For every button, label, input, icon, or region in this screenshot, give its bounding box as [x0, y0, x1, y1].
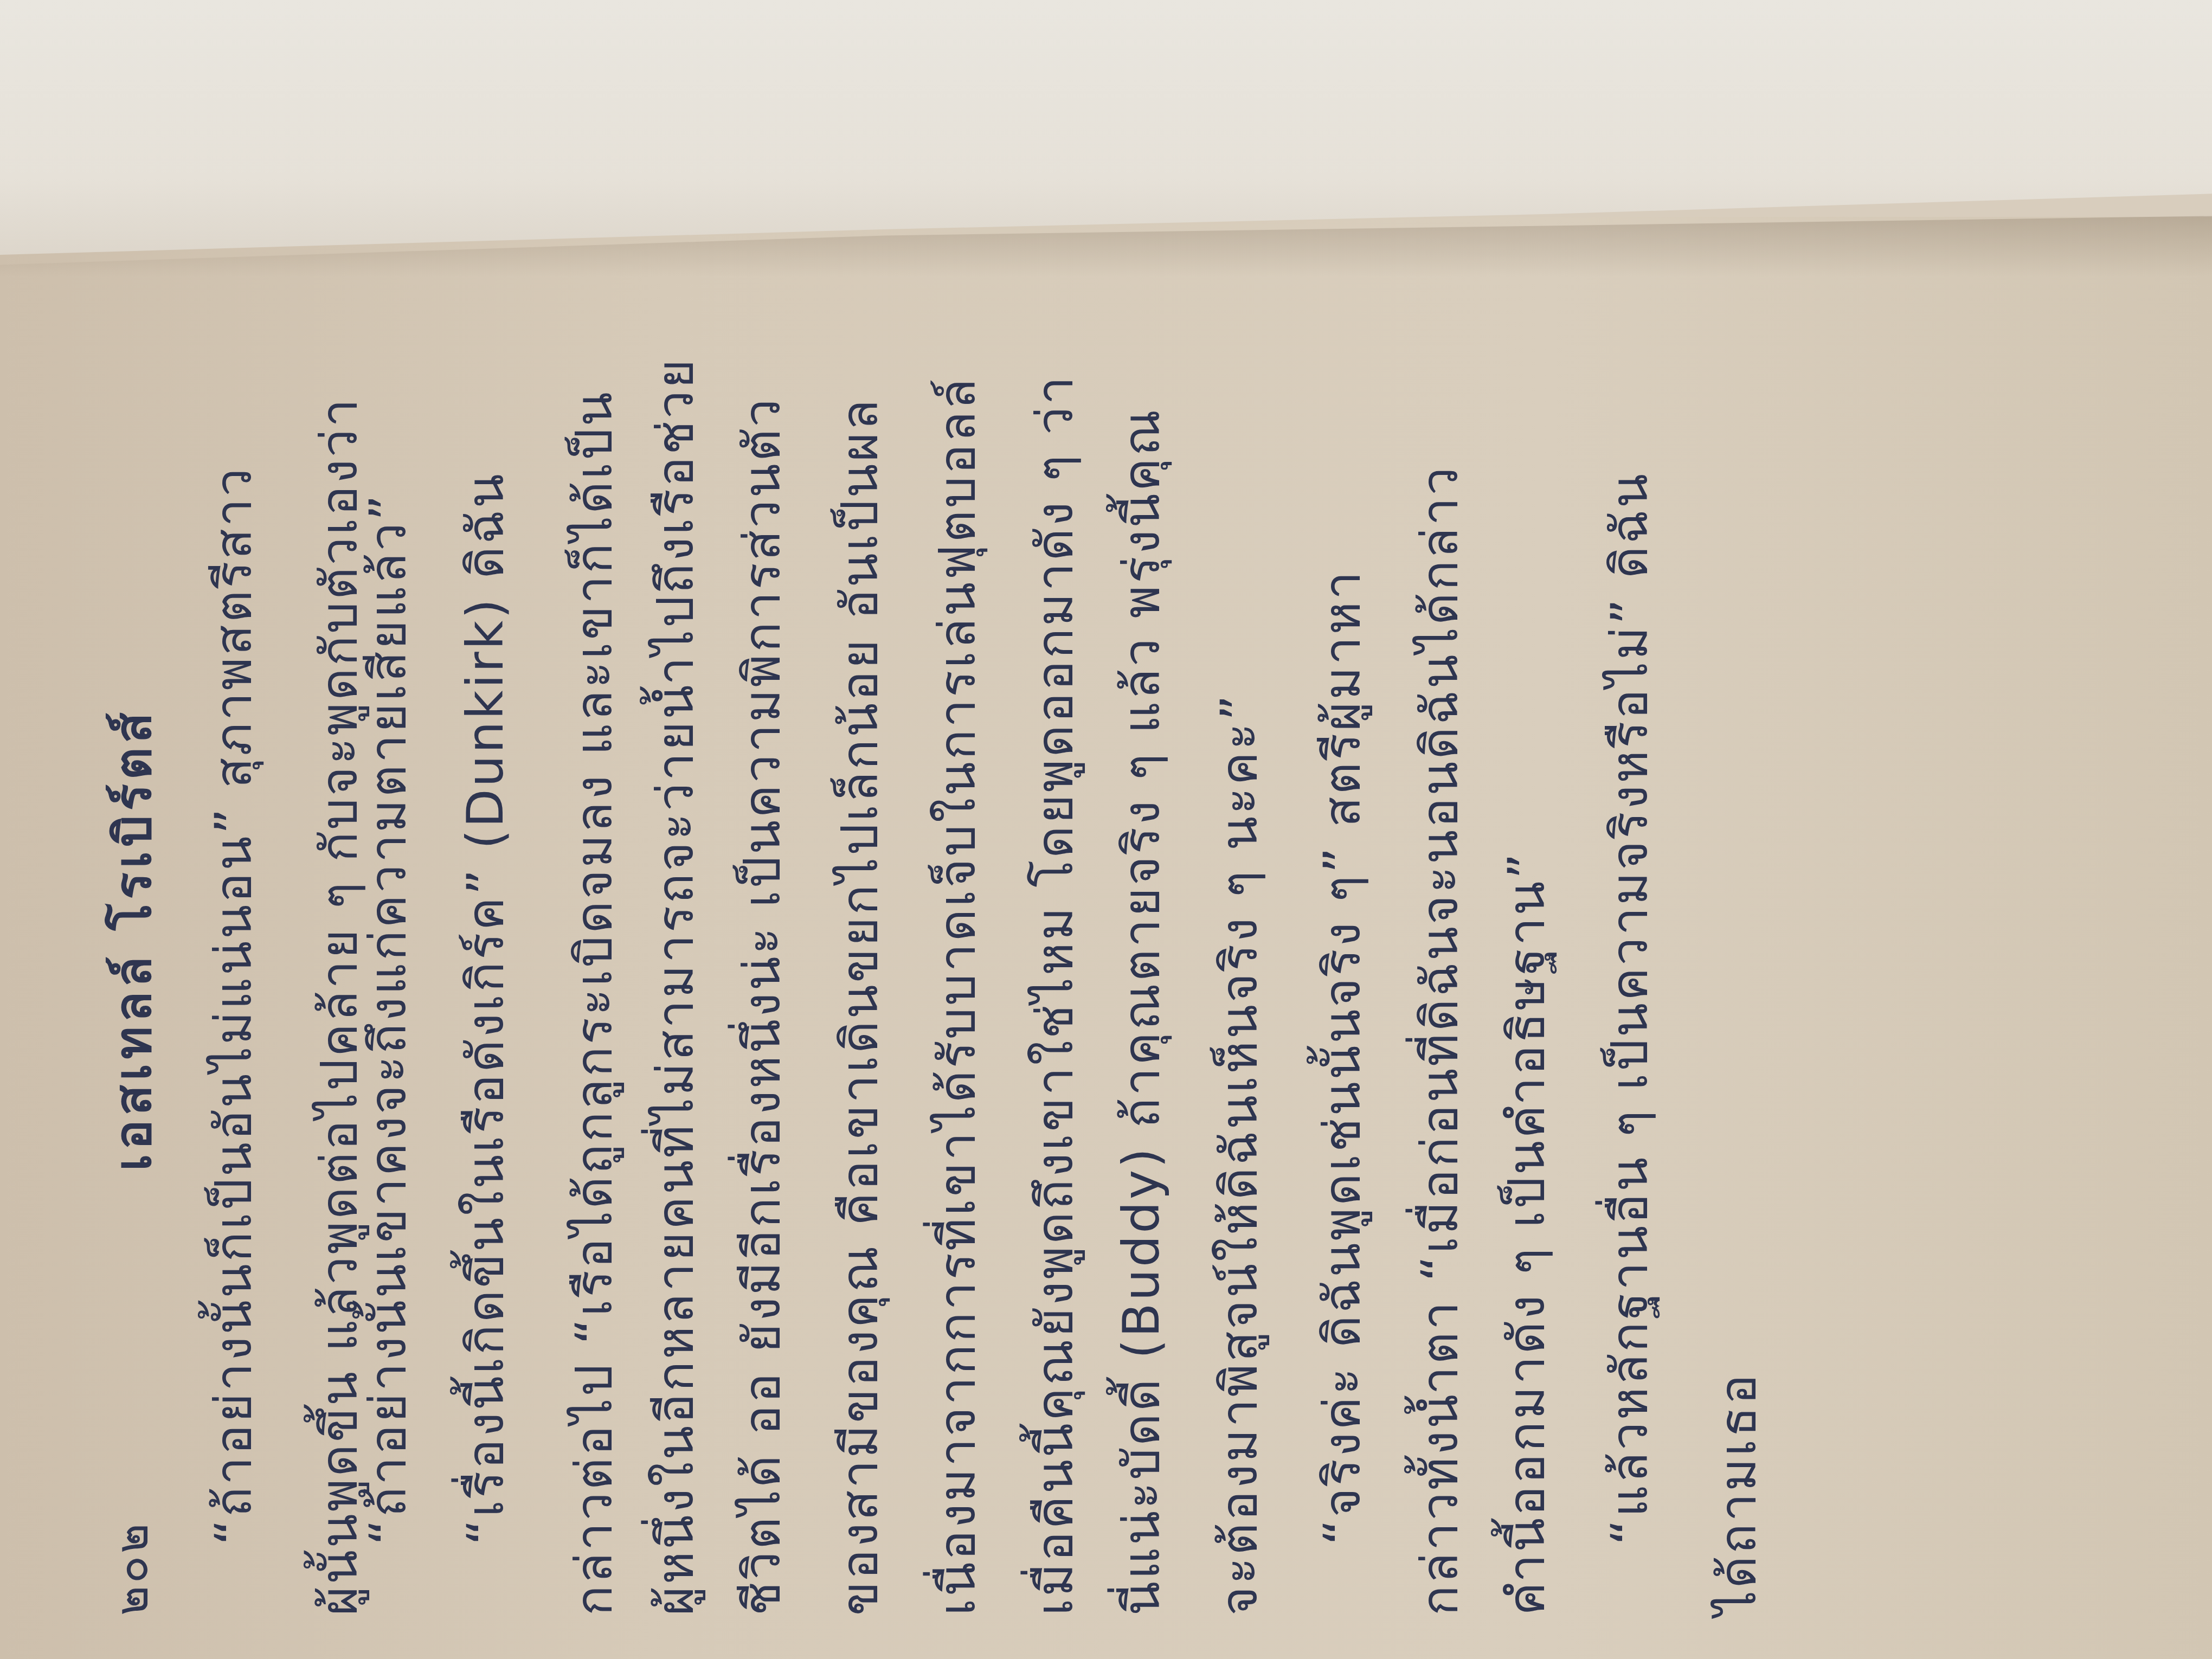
text-line: “ถ้าอย่างนั้นเขาคงจะถึงแก่ความตายเสียแล้… [363, 493, 413, 1545]
text-line: กล่าวต่อไป “เรือได้ถูกลูกระเบิดจมลง และเ… [569, 390, 619, 1616]
text-line: เนื่องมาจากการที่เขาได้รับบาดเจ็บในการเล… [933, 377, 982, 1616]
text-line: “จริงค่ะ ดิฉันพูดเช่นนั้นจริง ๆ” สตรีผู้… [1317, 569, 1367, 1545]
running-head: เอสเทลล์ โรเบิร์ตส์ [108, 708, 158, 1171]
page-number: ๒๐๒ [108, 1521, 154, 1616]
text-line: “เรื่องนี้เกิดขึ้นในเรือดังเกิร์ค” (Dunk… [461, 472, 511, 1545]
text-line: ของสามีของคุณ คือเขาเดินขยกไปเล็กน้อย อั… [835, 397, 885, 1616]
text-line: “แล้วหลักฐานอื่น ๆ เป็นความจริงหรือไม่” … [1605, 472, 1655, 1545]
text-line: คำนี้ออกมาดัง ๆ เป็นคำอธิษฐาน” [1502, 851, 1552, 1616]
text-line: ผู้นั้นพูดขึ้น แล้วพูดต่อไปคล้าย ๆ กับจะ… [314, 397, 364, 1616]
text-line: ผู้หนึ่งในอีกหลายคนที่ไม่สามารถจะว่ายน้ำ… [651, 357, 700, 1616]
text-line: ชีวิตได้ ออ ยังมีอีกเรื่องหนึ่งน่ะ เป็นค… [737, 397, 787, 1616]
page-content: ๒๐๒ เอสเทลล์ โรเบิร์ตส์ “ถ้าอย่างนั้นก็เ… [108, 206, 2212, 1616]
text-line: นี่แน่ะบัดดี้ (Buddy) ถ้าคุณตายจริง ๆ แล… [1117, 408, 1167, 1616]
text-line: “ถ้าอย่างนั้นก็เป็นอันไม่แน่นอน” สุภาพสต… [209, 466, 259, 1545]
text-line: กล่าวทั้งน้ำตา “เมื่อก่อนที่ดิฉันจะนอนดิ… [1415, 465, 1465, 1616]
text-line: จะต้องมาพิสูจน์ให้ดิฉันเห็นจริง ๆ นะคะ” [1214, 693, 1264, 1616]
text-line: ได้ถามเธอ [1713, 1372, 1763, 1616]
text-line: เมื่อคืนนี้คุณยังพูดถึงเขาใช่ไหม โดยพูดอ… [1030, 375, 1080, 1616]
